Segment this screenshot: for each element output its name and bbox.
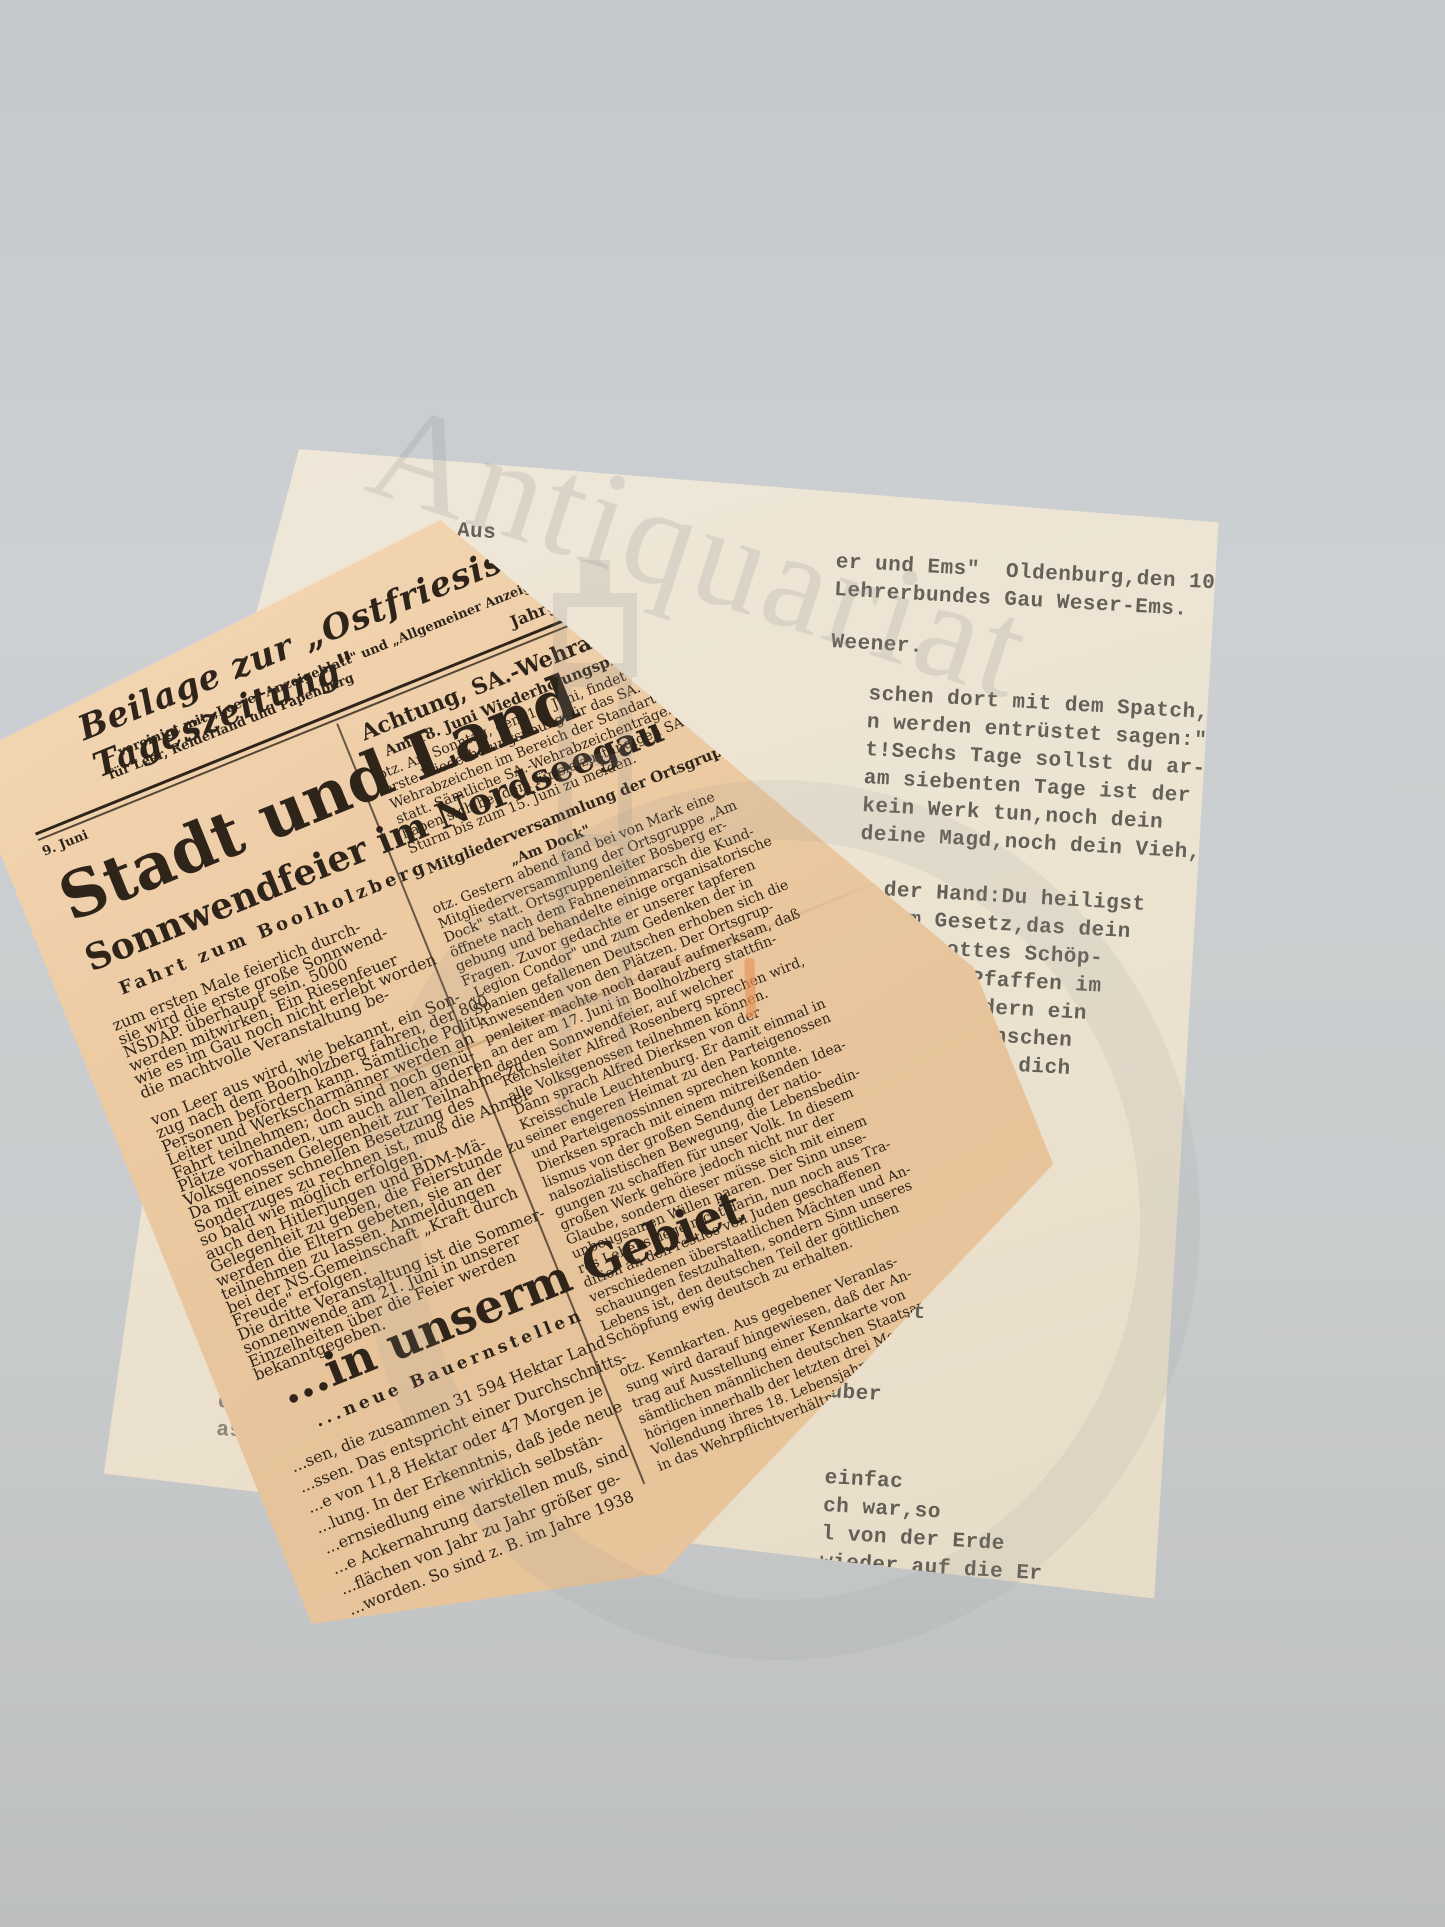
letter-greeting: Weener.	[831, 629, 924, 662]
ink-stain	[744, 958, 756, 1018]
letter-body-bottom: einfac ch war,so l von der Erde wieder a…	[818, 1465, 1074, 1619]
letter-body-block-1: schen dort mit dem Spatch,so n werden en…	[860, 681, 1249, 870]
letter-header-right: er und Ems" Oldenburg,den 10.Aug.37 Lehr…	[833, 549, 1307, 631]
photo-scene: Aus er und Ems" Oldenburg,den 10.Aug.37 …	[0, 0, 1445, 1927]
